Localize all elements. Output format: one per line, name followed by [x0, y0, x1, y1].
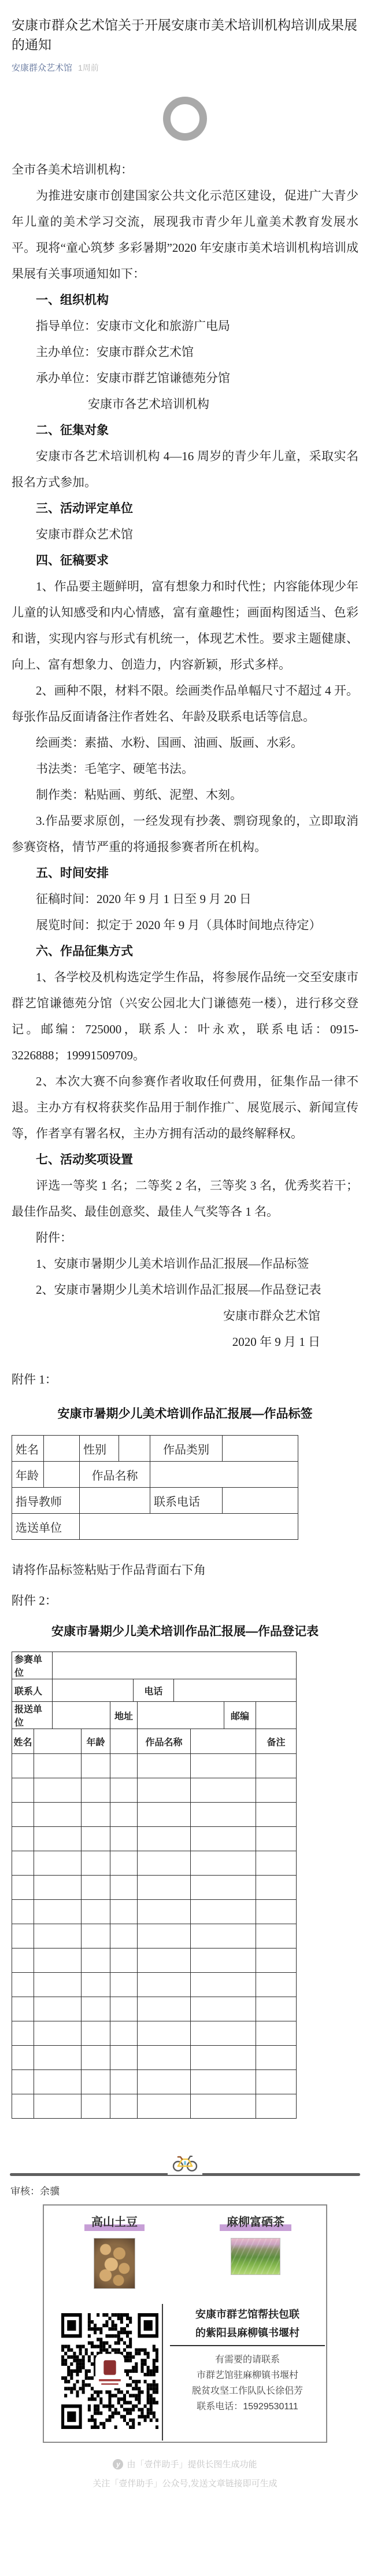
doc-sign: 安康市群众艺术馆	[12, 1303, 358, 1329]
generator-footer: y 由「壹伴助手」提供长图生成功能 关注「壹伴助手」公众号,发送文章链接即可生成	[0, 2458, 370, 2489]
doc-para: 1、各学校及机构选定学生作品，将参展作品统一交至安康市群艺馆谦德苑分馆（兴安公园…	[12, 964, 358, 1069]
section-divider	[10, 2151, 360, 2177]
document-body: 全市各美术培训机构：为推进安康市创建国家公共文化示范区建设，促进广大青少年儿童的…	[12, 157, 358, 1355]
table-cell-blank	[82, 1997, 110, 2021]
registration-table-top: 参赛单位	[12, 1652, 297, 1679]
entry-unit-field	[53, 1652, 297, 1679]
table-cell-blank	[256, 2070, 297, 2094]
table-cell-blank	[256, 1803, 297, 1827]
table-cell-blank	[110, 2094, 138, 2119]
table-cell-blank	[34, 1827, 82, 1851]
doc-para: 安康市各艺术培训机构 4—16 周岁的青少年儿童，采取实名报名方式参加。	[12, 443, 358, 496]
table-cell-blank	[12, 1876, 34, 1900]
product-name: 高山土豆	[84, 2214, 145, 2231]
table-cell-blank	[138, 1803, 191, 1827]
table-cell-blank	[138, 1778, 191, 1803]
table-cell-blank	[34, 1803, 82, 1827]
teacher-field	[80, 1488, 150, 1514]
table-cell-blank	[34, 2021, 82, 2046]
doc-para: 2、画种不限，材料不限。绘画类作品单幅尺寸不超过 4 开。每张作品反面请备注作者…	[12, 678, 358, 730]
table-cell-blank	[191, 1827, 256, 1851]
column-header: 作品名称	[138, 1729, 191, 1754]
doc-para: 2、本次大赛不向参赛作者收取任何费用，征集作品一律不退。主办方有权将获奖作品用于…	[12, 1069, 358, 1147]
table-cell-blank	[256, 1876, 297, 1900]
qr-code	[61, 2313, 158, 2432]
table-cell-blank	[110, 1754, 138, 1778]
table-cell-blank	[34, 1997, 82, 2021]
article-header: 安康市群众艺术馆关于开展安康市美术培训机构培训成果展的通知 安康群众艺术馆 1周…	[0, 0, 370, 74]
table-cell-blank	[12, 1973, 34, 1997]
table-cell-blank	[191, 1900, 256, 1924]
table-cell-blank	[256, 2021, 297, 2046]
gender-label: 性别	[80, 1436, 119, 1462]
table-cell-blank	[191, 2094, 256, 2119]
table-cell-blank	[12, 1997, 34, 2021]
post-timestamp: 1周前	[78, 62, 99, 74]
postcode-label: 邮编	[224, 1702, 256, 1729]
footer-line1: y 由「壹伴助手」提供长图生成功能	[0, 2458, 370, 2470]
doc-heading: 七、活动奖项设置	[12, 1147, 358, 1173]
table-cell-blank	[34, 1948, 82, 1973]
doc-heading: 五、时间安排	[12, 860, 358, 886]
contact-line: 市群艺馆驻麻柳镇书堰村	[169, 2368, 326, 2383]
table-row	[12, 1948, 297, 1973]
footer-text: 由「壹伴助手」提供长图生成功能	[127, 2458, 257, 2470]
table-cell-blank	[12, 2070, 34, 2094]
doc-para: 征稿时间：2020 年 9 月 1 日至 9 月 20 日	[12, 886, 358, 912]
table-cell-blank	[12, 1778, 34, 1803]
contact-line: 脱贫攻坚工作队队长徐侣芳	[169, 2383, 326, 2399]
table-row	[12, 2070, 297, 2094]
table-cell-blank	[110, 1900, 138, 1924]
table-row: 姓名 性别 作品类别	[12, 1436, 298, 1462]
attachment1-title: 安康市暑期少儿美术培训作品汇报展—作品标签	[12, 1401, 358, 1427]
table-row	[12, 1851, 297, 1876]
phone-label: 电话	[134, 1679, 174, 1702]
doc-para: 安康市群众艺术馆	[12, 522, 358, 548]
footer-line2: 关注「壹伴助手」公众号,发送文章链接即可生成	[0, 2477, 370, 2489]
label-note: 请将作品标签粘贴于作品背面右下角	[12, 1557, 358, 1583]
table-cell-blank	[82, 1948, 110, 1973]
label-table: 姓名 性别 作品类别 年龄 作品名称 指导教师 联系电话 选送单位	[12, 1435, 298, 1540]
audit-line: 审核：余骥	[10, 2183, 370, 2197]
table-cell-blank	[82, 1973, 110, 1997]
doc-para: 为推进安康市创建国家公共文化示范区建设，促进广大青少年儿童的美术学习交流，展现我…	[12, 183, 358, 287]
category-label: 作品类别	[150, 1436, 223, 1462]
phone-field	[223, 1488, 298, 1514]
product-potato: 高山土豆	[44, 2214, 185, 2289]
doc-para: 承办单位：安康市群艺馆谦德苑分馆	[12, 365, 358, 391]
table-cell-blank	[12, 1803, 34, 1827]
table-row	[12, 1778, 297, 1803]
table-cell-blank	[82, 2021, 110, 2046]
doc-para: 1、作品要主题鲜明，富有想象力和时代性；内容能体现少年儿童的认知感受和内心情感，…	[12, 574, 358, 678]
table-cell-blank	[256, 1851, 297, 1876]
entry-unit-label: 参赛单位	[12, 1652, 53, 1679]
table-cell-blank	[138, 1924, 191, 1948]
submit-unit-label: 报送单位	[12, 1702, 53, 1729]
registration-table-contact: 联系人 电话	[12, 1679, 297, 1702]
doc-para: 展览时间：拟定于 2020 年 9 月（具体时间地点待定）	[12, 912, 358, 938]
table-cell-blank	[191, 2021, 256, 2046]
gender-field	[119, 1436, 150, 1462]
table-row	[12, 2021, 297, 2046]
table-cell-blank	[12, 2094, 34, 2119]
table-cell-blank	[12, 2046, 34, 2070]
tea-field-photo	[231, 2238, 280, 2275]
table-cell-blank	[82, 2046, 110, 2070]
product-row: 高山土豆 麻柳富硒茶	[44, 2214, 326, 2289]
teacher-label: 指导教师	[12, 1488, 80, 1514]
attachment2-title: 安康市暑期少儿美术培训作品汇报展—作品登记表	[12, 1619, 358, 1645]
table-cell-blank	[110, 2070, 138, 2094]
contact-bold-line: 的紫阳县麻柳镇书堰村	[169, 2324, 326, 2342]
table-cell-blank	[191, 2070, 256, 2094]
table-row	[12, 2046, 297, 2070]
doc-para: 主办单位：安康市群众艺术馆	[12, 339, 358, 365]
name-field	[44, 1436, 80, 1462]
article-meta: 安康群众艺术馆 1周前	[12, 61, 358, 74]
column-header-blank	[110, 1729, 138, 1754]
table-cell-blank	[82, 1803, 110, 1827]
doc-para: 附件：	[12, 1225, 358, 1251]
table-cell-blank	[12, 2021, 34, 2046]
page-title: 安康市群众艺术馆关于开展安康市美术培训机构培训成果展的通知	[12, 15, 358, 54]
contact-line: 有需要的请联系	[169, 2352, 326, 2368]
doc-para: 2、安康市暑期少儿美术培训作品汇报展—作品登记表	[12, 1277, 358, 1303]
table-cell-blank	[191, 1924, 256, 1948]
table-cell-blank	[12, 1754, 34, 1778]
table-cell-blank	[256, 1827, 297, 1851]
doc-heading: 一、组织机构	[12, 287, 358, 313]
table-cell-blank	[82, 1924, 110, 1948]
work-title-label: 作品名称	[80, 1462, 150, 1488]
table-cell-blank	[34, 1900, 82, 1924]
name-label: 姓名	[12, 1436, 44, 1462]
table-cell-blank	[191, 1803, 256, 1827]
article-page: 安康市群众艺术馆关于开展安康市美术培训机构培训成果展的通知 安康群众艺术馆 1周…	[0, 0, 370, 2576]
address-label: 地址	[110, 1702, 138, 1729]
table-cell-blank	[82, 1754, 110, 1778]
table-cell-blank	[191, 2046, 256, 2070]
registration-table-address: 报送单位 地址 邮编	[12, 1701, 297, 1729]
table-cell-blank	[34, 1924, 82, 1948]
column-header-blank	[34, 1729, 82, 1754]
table-cell-blank	[191, 1876, 256, 1900]
contact-block: 安康市群艺馆帮扶包联 的紫阳县麻柳镇书堰村 有需要的请联系 市群艺馆驻麻柳镇书堰…	[169, 2305, 326, 2414]
potato-photo	[94, 2238, 135, 2289]
table-row: 选送单位	[12, 1514, 298, 1540]
table-row: 指导教师 联系电话	[12, 1488, 298, 1514]
doc-para: 绘画类：素描、水粉、国画、油画、版画、水彩。	[12, 730, 358, 756]
table-cell-blank	[110, 1851, 138, 1876]
table-cell-blank	[256, 2094, 297, 2119]
column-header-blank	[191, 1729, 256, 1754]
contact-bold-line: 安康市群艺馆帮扶包联	[169, 2305, 326, 2324]
yiban-logo-icon: y	[113, 2459, 123, 2469]
table-cell-blank	[138, 1997, 191, 2021]
table-cell-blank	[191, 1973, 256, 1997]
table-cell-blank	[34, 1754, 82, 1778]
doc-para: 制作类：粘贴画、剪纸、泥塑、木刻。	[12, 782, 358, 808]
table-row: 参赛单位	[12, 1652, 297, 1679]
work-title-field	[150, 1462, 298, 1488]
table-cell-blank	[110, 1924, 138, 1948]
table-cell-blank	[138, 1754, 191, 1778]
unit-label: 选送单位	[12, 1514, 80, 1540]
doc-para: 评选一等奖 1 名；二等奖 2 名，三等奖 3 名，优秀奖若干；最佳作品奖、最佳…	[12, 1173, 358, 1225]
column-header: 备注	[256, 1729, 297, 1754]
column-header: 姓名	[12, 1729, 34, 1754]
promo-box: 高山土豆 麻柳富硒茶 安康市群艺馆帮扶包联 的紫阳县麻柳镇书堰村 有需要的请联系…	[43, 2204, 327, 2443]
loading-ring-icon	[163, 97, 207, 141]
attachment1-label: 附件 1：	[12, 1367, 358, 1393]
submit-unit-field	[53, 1702, 110, 1729]
doc-para: 书法类：毛笔字、硬笔书法。	[12, 756, 358, 782]
table-cell-blank	[138, 1973, 191, 1997]
doc-heading: 六、作品征集方式	[12, 938, 358, 964]
table-cell-blank	[82, 1827, 110, 1851]
table-cell-blank	[82, 1900, 110, 1924]
table-cell-blank	[138, 1900, 191, 1924]
table-cell-blank	[138, 2094, 191, 2119]
table-cell-blank	[191, 1997, 256, 2021]
table-cell-blank	[34, 2046, 82, 2070]
table-row	[12, 1997, 297, 2021]
table-cell-blank	[138, 1948, 191, 1973]
table-cell-blank	[34, 1851, 82, 1876]
table-cell-blank	[12, 1924, 34, 1948]
contact-rule	[170, 2345, 325, 2346]
vertical-divider	[162, 2304, 163, 2441]
notice-document: 全市各美术培训机构：为推进安康市创建国家公共文化示范区建设，促进广大青少年儿童的…	[0, 157, 370, 2119]
table-row	[12, 1827, 297, 1851]
category-field	[223, 1436, 298, 1462]
doc-plain: 全市各美术培训机构：	[12, 157, 358, 183]
table-cell-blank	[110, 1778, 138, 1803]
table-cell-blank	[256, 1778, 297, 1803]
table-cell-blank	[110, 2046, 138, 2070]
table-cell-blank	[138, 2021, 191, 2046]
table-row	[12, 1924, 297, 1948]
table-cell-blank	[138, 1876, 191, 1900]
table-cell-blank	[138, 1827, 191, 1851]
unit-field	[80, 1514, 298, 1540]
table-cell-blank	[256, 1997, 297, 2021]
table-cell-blank	[256, 1973, 297, 1997]
table-cell-blank	[82, 2094, 110, 2119]
attachment2-label: 附件 2：	[12, 1588, 358, 1614]
table-cell-blank	[34, 1973, 82, 1997]
doc-para: 1、安康市暑期少儿美术培训作品汇报展—作品标签	[12, 1251, 358, 1277]
table-row	[12, 1754, 297, 1778]
table-cell-blank	[138, 2070, 191, 2094]
table-cell-blank	[82, 1851, 110, 1876]
table-row	[12, 2094, 297, 2119]
doc-heading: 三、活动评定单位	[12, 496, 358, 522]
column-header: 年龄	[82, 1729, 110, 1754]
product-tea: 麻柳富硒茶	[185, 2214, 326, 2289]
table-row	[12, 1900, 297, 1924]
table-row	[12, 1973, 297, 1997]
table-cell-blank	[82, 2070, 110, 2094]
address-field	[138, 1702, 224, 1729]
table-cell-blank	[256, 1754, 297, 1778]
doc-sign: 2020 年 9 月 1 日	[12, 1329, 358, 1355]
table-cell-blank	[191, 1948, 256, 1973]
phone-field	[174, 1679, 297, 1702]
table-cell-blank	[138, 2046, 191, 2070]
table-cell-blank	[110, 2021, 138, 2046]
doc-heading: 二、征集对象	[12, 417, 358, 443]
table-cell-blank	[138, 1851, 191, 1876]
phone-label: 联系电话	[150, 1488, 223, 1514]
table-cell-blank	[256, 1924, 297, 1948]
contact-field	[53, 1679, 134, 1702]
doc-para: 3.作品要求原创，一经发现有抄袭、剽窃现象的，立即取消参赛资格，情节严重的将通报…	[12, 808, 358, 860]
table-cell-blank	[12, 1827, 34, 1851]
table-row	[12, 1876, 297, 1900]
table-cell-blank	[82, 1876, 110, 1900]
table-cell-blank	[191, 1754, 256, 1778]
contact-line: 联系电话：15929530111	[169, 2399, 326, 2414]
table-cell-blank	[110, 1803, 138, 1827]
table-cell-blank	[82, 1778, 110, 1803]
table-row: 联系人 电话	[12, 1679, 297, 1702]
table-cell-blank	[110, 1948, 138, 1973]
doc-indent2: 安康市各艺术培训机构	[12, 391, 358, 417]
table-cell-blank	[256, 2046, 297, 2070]
table-cell-blank	[34, 1778, 82, 1803]
table-header-row: 姓名年龄作品名称备注	[12, 1729, 297, 1754]
age-field	[44, 1462, 80, 1488]
table-cell-blank	[110, 1973, 138, 1997]
table-cell-blank	[34, 2094, 82, 2119]
table-cell-blank	[110, 1827, 138, 1851]
bicycle-icon	[168, 2153, 202, 2175]
table-cell-blank	[12, 1900, 34, 1924]
table-cell-blank	[256, 1948, 297, 1973]
table-row: 年龄 作品名称	[12, 1462, 298, 1488]
doc-heading: 四、征稿要求	[12, 548, 358, 574]
table-cell-blank	[256, 1900, 297, 1924]
doc-para: 指导单位：安康市文化和旅游广电局	[12, 313, 358, 339]
table-cell-blank	[110, 1876, 138, 1900]
table-cell-blank	[34, 1876, 82, 1900]
table-cell-blank	[34, 2070, 82, 2094]
table-cell-blank	[110, 1997, 138, 2021]
table-cell-blank	[12, 1851, 34, 1876]
table-cell-blank	[191, 1851, 256, 1876]
contact-label: 联系人	[12, 1679, 53, 1702]
table-cell-blank	[191, 1778, 256, 1803]
postcode-field	[256, 1702, 297, 1729]
product-name: 麻柳富硒茶	[220, 2214, 291, 2231]
account-link[interactable]: 安康群众艺术馆	[12, 61, 72, 74]
table-row	[12, 1803, 297, 1827]
age-label: 年龄	[12, 1462, 44, 1488]
table-row: 报送单位 地址 邮编	[12, 1702, 297, 1729]
registration-table-grid: 姓名年龄作品名称备注	[12, 1729, 297, 2119]
table-cell-blank	[12, 1948, 34, 1973]
